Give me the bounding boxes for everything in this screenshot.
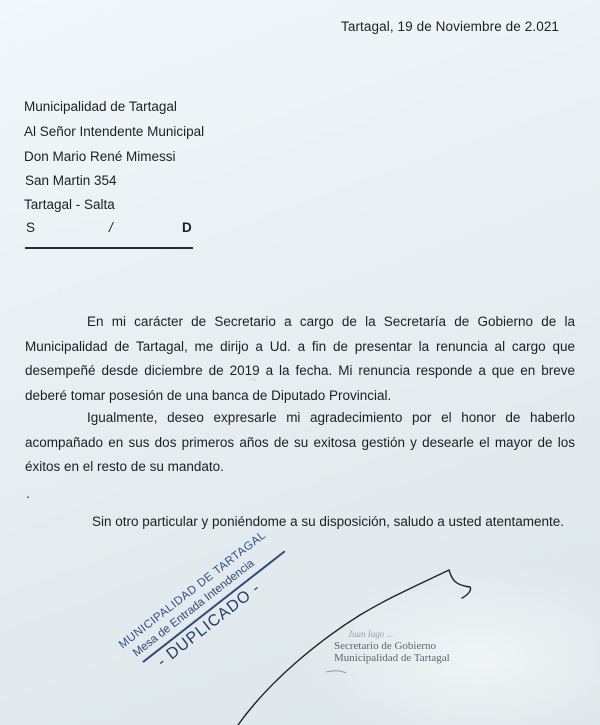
recipient-line-3: Don Mario René Mimessi xyxy=(24,149,176,164)
paragraph-1-text: En mi carácter de Secretario a cargo de … xyxy=(25,314,575,403)
sd-slash: / xyxy=(109,220,113,235)
sd-left: S xyxy=(26,220,35,235)
signer-title: Secretario de Gobierno xyxy=(334,640,450,652)
sd-right: D xyxy=(182,220,192,235)
recipient-line-2: Al Señor Intendente Municipal xyxy=(24,124,204,139)
recipient-line-5: Tartagal - Salta xyxy=(24,197,115,212)
recipient-line-1: Municipalidad de Tartagal xyxy=(24,99,177,114)
recipient-line-4: San Martin 354 xyxy=(25,173,117,188)
watermark: ~ xyxy=(250,374,256,386)
date-line: Tartagal, 19 de Noviembre de 2.021 xyxy=(341,19,559,34)
stray-mark: . xyxy=(26,486,30,501)
recipient-underline xyxy=(25,247,193,249)
signer-name-faded: Juan Iago ... xyxy=(334,628,450,640)
signer-org: Municipalidad de Tartagal xyxy=(334,652,450,664)
paragraph-1: En mi carácter de Secretario a cargo de … xyxy=(25,310,575,408)
paragraph-2: Igualmente, deseo expresarle mi agradeci… xyxy=(25,406,575,480)
signature-block: Juan Iago ... Secretario de Gobierno Mun… xyxy=(334,628,450,664)
paragraph-2-text: Igualmente, deseo expresarle mi agradeci… xyxy=(25,410,575,474)
reception-stamp: MUNICIPALIDAD DE TARTAGAL Mesa de Entrad… xyxy=(55,460,265,643)
